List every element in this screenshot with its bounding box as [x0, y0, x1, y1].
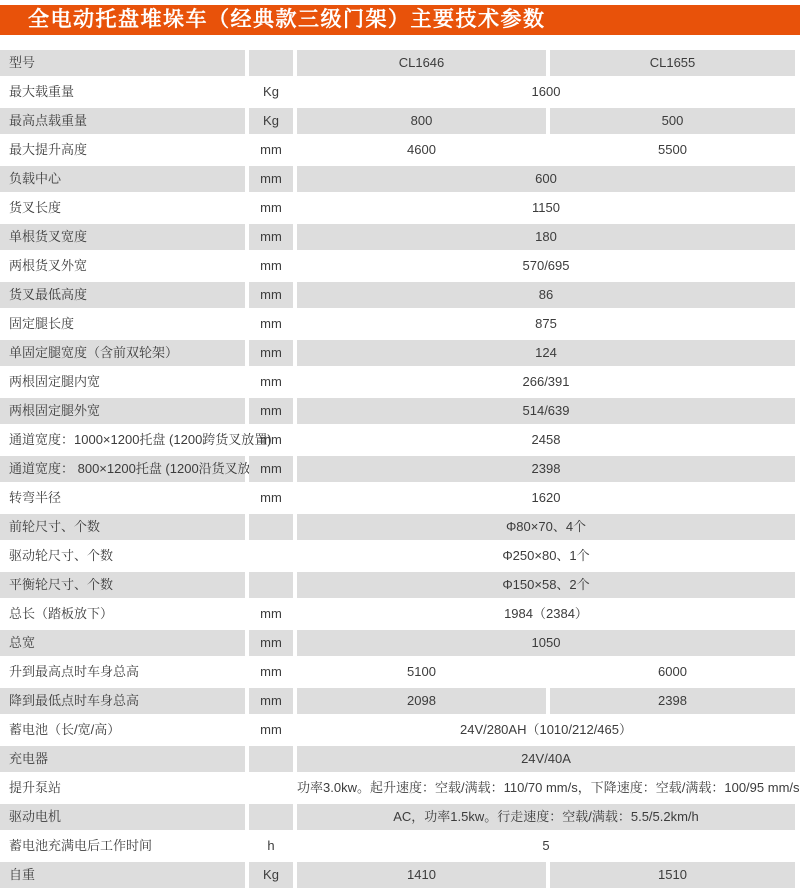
unit-label: mm [249, 717, 293, 743]
unit-label: mm [249, 369, 293, 395]
table-row: 蓄电池充满电后工作时间h5 [0, 833, 800, 859]
param-label: 两根固定腿内宽 [0, 369, 245, 395]
unit-label: mm [249, 601, 293, 627]
unit-label [249, 572, 293, 598]
param-label: 负载中心 [0, 166, 245, 192]
value-cl1646: CL1646 [297, 50, 546, 76]
param-label: 单固定腿宽度（含前双轮架） [0, 340, 245, 366]
param-label: 最高点载重量 [0, 108, 245, 134]
table-row: 充电器24V/40A [0, 746, 800, 772]
param-label: 总长（踏板放下） [0, 601, 245, 627]
value-merged: 1150 [297, 195, 795, 221]
table-row: 货叉最低高度mm86 [0, 282, 800, 308]
value-merged: 1620 [297, 485, 795, 511]
title-banner: 全电动托盘堆垛车（经典款三级门架）主要技术参数 [0, 5, 800, 35]
value-merged: 1600 [297, 79, 795, 105]
value-merged: 1984（2384） [297, 601, 795, 627]
value-cl1655: 500 [550, 108, 795, 134]
unit-label: mm [249, 224, 293, 250]
unit-label: mm [249, 688, 293, 714]
param-label: 蓄电池（长/宽/高） [0, 717, 245, 743]
param-label: 平衡轮尺寸、个数 [0, 572, 245, 598]
spec-sheet: 全电动托盘堆垛车（经典款三级门架）主要技术参数 型号CL1646CL1655最大… [0, 5, 800, 888]
param-label: 驱动电机 [0, 804, 245, 830]
value-cl1655: 5500 [550, 137, 795, 163]
table-row: 降到最低点时车身总高mm20982398 [0, 688, 800, 714]
value-merged: Φ150×58、2个 [297, 572, 795, 598]
value-merged: Φ250×80、1个 [297, 543, 795, 569]
unit-label: mm [249, 456, 293, 482]
table-row: 平衡轮尺寸、个数Φ150×58、2个 [0, 572, 800, 598]
param-label: 通道宽度：1000×1200托盘 (1200跨货叉放置) [0, 427, 245, 453]
param-label: 最大载重量 [0, 79, 245, 105]
value-cl1655: 2398 [550, 688, 795, 714]
unit-label: mm [249, 427, 293, 453]
param-label: 提升泵站 [0, 775, 245, 801]
value-merged: 86 [297, 282, 795, 308]
value-cl1655: 1510 [550, 862, 795, 888]
unit-label: mm [249, 282, 293, 308]
unit-label: mm [249, 630, 293, 656]
value-merged: 24V/40A [297, 746, 795, 772]
unit-label [249, 746, 293, 772]
unit-label: mm [249, 340, 293, 366]
value-merged: 180 [297, 224, 795, 250]
param-label: 两根固定腿外宽 [0, 398, 245, 424]
param-label: 型号 [0, 50, 245, 76]
value-merged: 功率3.0kw。起升速度：空载/满载：110/70 mm/s，下降速度：空载/满… [297, 775, 795, 801]
table-row: 最高点载重量Kg800500 [0, 108, 800, 134]
table-row: 最大提升高度mm46005500 [0, 137, 800, 163]
param-label: 总宽 [0, 630, 245, 656]
param-label: 驱动轮尺寸、个数 [0, 543, 245, 569]
unit-label: Kg [249, 79, 293, 105]
value-cl1646: 1410 [297, 862, 546, 888]
value-merged: 514/639 [297, 398, 795, 424]
value-cl1646: 800 [297, 108, 546, 134]
table-row: 提升泵站功率3.0kw。起升速度：空载/满载：110/70 mm/s，下降速度：… [0, 775, 800, 801]
table-row: 蓄电池（长/宽/高）mm24V/280AH（1010/212/465） [0, 717, 800, 743]
param-label: 货叉长度 [0, 195, 245, 221]
unit-label: mm [249, 195, 293, 221]
value-merged: 875 [297, 311, 795, 337]
value-cl1655: CL1655 [550, 50, 795, 76]
table-row: 负载中心mm600 [0, 166, 800, 192]
value-merged: 2458 [297, 427, 795, 453]
unit-label: mm [249, 311, 293, 337]
table-row: 驱动轮尺寸、个数Φ250×80、1个 [0, 543, 800, 569]
param-label: 蓄电池充满电后工作时间 [0, 833, 245, 859]
unit-label [249, 514, 293, 540]
param-label: 前轮尺寸、个数 [0, 514, 245, 540]
value-merged: 124 [297, 340, 795, 366]
table-row: 通道宽度：1000×1200托盘 (1200跨货叉放置)mm2458 [0, 427, 800, 453]
unit-label: mm [249, 253, 293, 279]
table-row: 单固定腿宽度（含前双轮架）mm124 [0, 340, 800, 366]
param-label: 充电器 [0, 746, 245, 772]
param-label: 通道宽度： 800×1200托盘 (1200沿货叉放置) [0, 456, 245, 482]
unit-label: mm [249, 166, 293, 192]
unit-label: mm [249, 398, 293, 424]
table-row: 货叉长度mm1150 [0, 195, 800, 221]
unit-label: mm [249, 485, 293, 511]
table-row: 两根固定腿内宽mm266/391 [0, 369, 800, 395]
value-cl1646: 2098 [297, 688, 546, 714]
value-cl1646: 4600 [297, 137, 546, 163]
table-row: 固定腿长度mm875 [0, 311, 800, 337]
table-row: 两根固定腿外宽mm514/639 [0, 398, 800, 424]
table-row: 单根货叉宽度mm180 [0, 224, 800, 250]
param-label: 降到最低点时车身总高 [0, 688, 245, 714]
unit-label [249, 543, 293, 569]
table-row: 自重Kg14101510 [0, 862, 800, 888]
table-row: 转弯半径mm1620 [0, 485, 800, 511]
value-merged: 600 [297, 166, 795, 192]
table-row: 总长（踏板放下）mm1984（2384） [0, 601, 800, 627]
unit-label [249, 804, 293, 830]
unit-label: mm [249, 137, 293, 163]
unit-label: Kg [249, 862, 293, 888]
table-row: 两根货叉外宽mm570/695 [0, 253, 800, 279]
param-label: 两根货叉外宽 [0, 253, 245, 279]
value-cl1646: 5100 [297, 659, 546, 685]
value-merged: AC，功率1.5kw。行走速度：空载/满载：5.5/5.2km/h [297, 804, 795, 830]
param-label: 货叉最低高度 [0, 282, 245, 308]
page-title: 全电动托盘堆垛车（经典款三级门架）主要技术参数 [28, 8, 546, 31]
value-merged: 1050 [297, 630, 795, 656]
value-merged: 266/391 [297, 369, 795, 395]
param-label: 自重 [0, 862, 245, 888]
table-row: 前轮尺寸、个数Φ80×70、4个 [0, 514, 800, 540]
unit-label [249, 775, 293, 801]
unit-label: mm [249, 659, 293, 685]
table-row: 通道宽度： 800×1200托盘 (1200沿货叉放置)mm2398 [0, 456, 800, 482]
table-row: 升到最高点时车身总高mm51006000 [0, 659, 800, 685]
param-label: 升到最高点时车身总高 [0, 659, 245, 685]
param-label: 最大提升高度 [0, 137, 245, 163]
unit-label: Kg [249, 108, 293, 134]
param-label: 单根货叉宽度 [0, 224, 245, 250]
value-merged: 24V/280AH（1010/212/465） [297, 717, 795, 743]
table-row: 总宽mm1050 [0, 630, 800, 656]
value-cl1655: 6000 [550, 659, 795, 685]
param-label: 固定腿长度 [0, 311, 245, 337]
table-row: 驱动电机AC，功率1.5kw。行走速度：空载/满载：5.5/5.2km/h [0, 804, 800, 830]
table-row: 最大载重量Kg1600 [0, 79, 800, 105]
spec-table: 型号CL1646CL1655最大载重量Kg1600最高点载重量Kg800500最… [0, 50, 800, 888]
value-merged: 2398 [297, 456, 795, 482]
value-merged: 570/695 [297, 253, 795, 279]
value-merged: Φ80×70、4个 [297, 514, 795, 540]
value-merged: 5 [297, 833, 795, 859]
table-row: 型号CL1646CL1655 [0, 50, 800, 76]
unit-label [249, 50, 293, 76]
param-label: 转弯半径 [0, 485, 245, 511]
unit-label: h [249, 833, 293, 859]
